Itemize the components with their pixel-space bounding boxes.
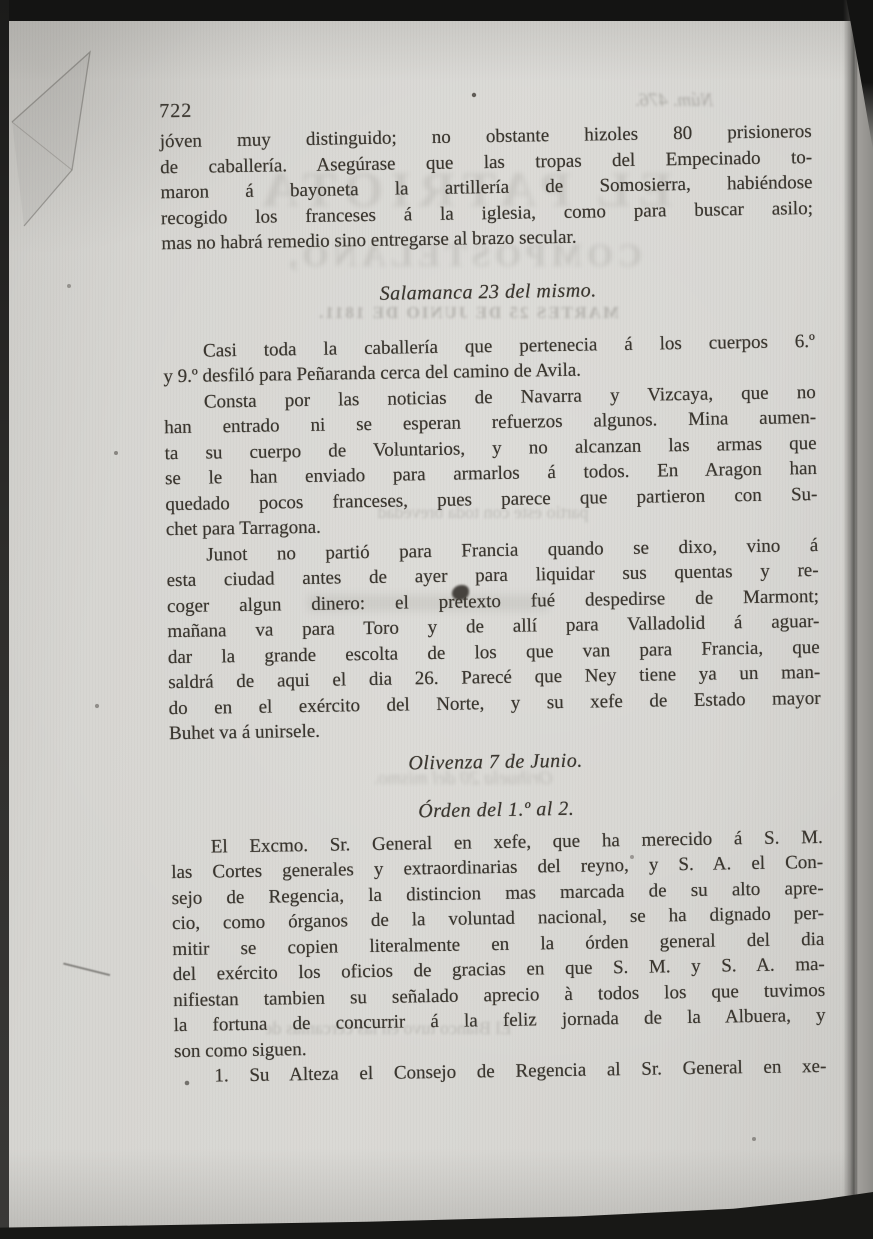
section-heading-olivenza: Olivenza 7 de Junio. bbox=[169, 743, 821, 780]
scan-edge-top bbox=[0, 0, 873, 21]
scanned-document-page: Núm. 476. EL PATRIOTA COMPOSTELANO, MART… bbox=[0, 0, 873, 1239]
paper-page: Núm. 476. EL PATRIOTA COMPOSTELANO, MART… bbox=[8, 20, 856, 1233]
section-heading-salamanca: Salamanca 23 del mismo. bbox=[162, 273, 814, 310]
paper-crease bbox=[8, 30, 138, 260]
page-number: 722 bbox=[159, 88, 811, 124]
paragraph-orden-general: El Excmo. Sr. General en xefe, que ha me… bbox=[171, 824, 827, 1064]
paragraph-navarra-vizcaya: Consta por las noticias de Navarra y Viz… bbox=[164, 379, 818, 542]
section-heading-orden: Órden del 1.º al 2. bbox=[170, 791, 822, 828]
pencil-mark bbox=[58, 963, 110, 998]
paragraph-junot: Junot no partió para Francia quando se d… bbox=[166, 532, 821, 746]
book-page-edges bbox=[843, 0, 873, 1239]
paragraph-news-empecinado: jóven muy distinguido; no obstante hizol… bbox=[160, 119, 814, 257]
text-column: 722 jóven muy distinguido; no obstante h… bbox=[159, 88, 826, 1090]
scan-edge-left bbox=[0, 0, 9, 1239]
